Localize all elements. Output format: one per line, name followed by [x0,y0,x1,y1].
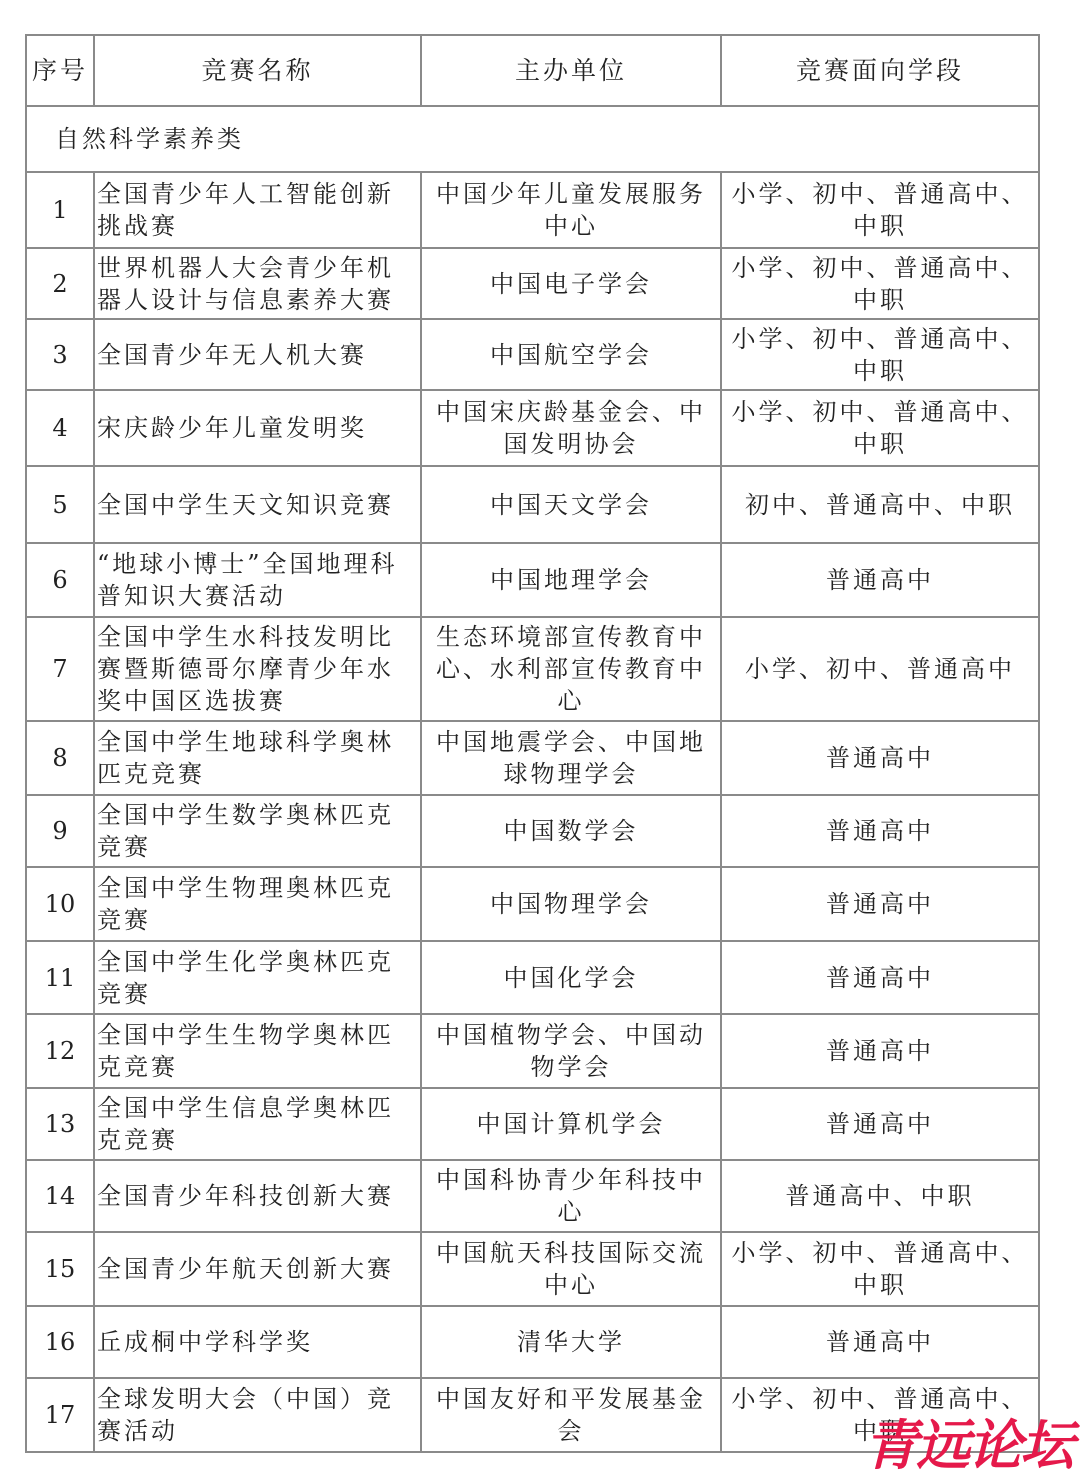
table-row: 4宋庆龄少年儿童发明奖中国宋庆龄基金会、中国发明协会小学、初中、普通高中、中职 [26,390,1039,466]
organizer: 中国物理学会 [421,867,721,941]
target-level: 小学、初中、普通高中、中职 [721,1232,1039,1306]
competition-name: 全国中学生天文知识竞赛 [94,466,421,543]
table-row: 15全国青少年航天创新大赛中国航天科技国际交流中心小学、初中、普通高中、中职 [26,1232,1039,1306]
target-level: 小学、初中、普通高中、中职 [721,172,1039,248]
competition-name: 全国中学生地球科学奥林匹克竞赛 [94,721,421,795]
competition-name: 丘成桐中学科学奖 [94,1306,421,1378]
target-level: 普通高中、中职 [721,1160,1039,1232]
competition-name: 宋庆龄少年儿童发明奖 [94,390,421,466]
target-level: 小学、初中、普通高中 [721,617,1039,721]
organizer: 中国数学会 [421,795,721,867]
table-row: 5全国中学生天文知识竞赛中国天文学会初中、普通高中、中职 [26,466,1039,543]
organizer: 中国航空学会 [421,319,721,390]
row-number: 7 [26,617,94,721]
table-row: 16丘成桐中学科学奖清华大学普通高中 [26,1306,1039,1378]
organizer: 中国电子学会 [421,248,721,319]
row-number: 15 [26,1232,94,1306]
organizer: 中国友好和平发展基金会 [421,1378,721,1452]
table-row: 9全国中学生数学奥林匹克竞赛中国数学会普通高中 [26,795,1039,867]
target-level: 初中、普通高中、中职 [721,466,1039,543]
table-row: 11全国中学生化学奥林匹克竞赛中国化学会普通高中 [26,941,1039,1014]
row-number: 9 [26,795,94,867]
row-number: 17 [26,1378,94,1452]
organizer: 中国天文学会 [421,466,721,543]
row-number: 8 [26,721,94,795]
table-row: 8全国中学生地球科学奥林匹克竞赛中国地震学会、中国地球物理学会普通高中 [26,721,1039,795]
target-level: 小学、初中、普通高中、中职 [721,390,1039,466]
organizer: 中国航天科技国际交流中心 [421,1232,721,1306]
competition-name: 全国中学生数学奥林匹克竞赛 [94,795,421,867]
organizer: 清华大学 [421,1306,721,1378]
competition-name: 全国青少年科技创新大赛 [94,1160,421,1232]
target-level: 普通高中 [721,795,1039,867]
table-row: 3全国青少年无人机大赛中国航空学会小学、初中、普通高中、中职 [26,319,1039,390]
table-row: 2世界机器人大会青少年机器人设计与信息素养大赛中国电子学会小学、初中、普通高中、… [26,248,1039,319]
table-row: 6“地球小博士”全国地理科普知识大赛活动中国地理学会普通高中 [26,543,1039,617]
competition-name: 全球发明大会（中国）竞赛活动 [94,1378,421,1452]
row-number: 14 [26,1160,94,1232]
organizer: 中国计算机学会 [421,1088,721,1160]
organizer: 中国地理学会 [421,543,721,617]
row-number: 1 [26,172,94,248]
organizer: 中国科协青少年科技中心 [421,1160,721,1232]
category-label: 自然科学素养类 [26,106,1039,172]
competition-table: 序号 竞赛名称 主办单位 竞赛面向学段 自然科学素养类 1全国青少年人工智能创新… [25,34,1040,1453]
competition-name: 全国中学生化学奥林匹克竞赛 [94,941,421,1014]
table-row: 12全国中学生生物学奥林匹克竞赛中国植物学会、中国动物学会普通高中 [26,1014,1039,1088]
target-level: 普通高中 [721,1014,1039,1088]
target-level: 小学、初中、普通高中、中职 [721,248,1039,319]
row-number: 5 [26,466,94,543]
row-number: 4 [26,390,94,466]
row-number: 11 [26,941,94,1014]
target-level: 普通高中 [721,721,1039,795]
target-level: 小学、初中、普通高中、中职 [721,319,1039,390]
row-number: 16 [26,1306,94,1378]
competition-name: 全国青少年人工智能创新挑战赛 [94,172,421,248]
table-row: 7全国中学生水科技发明比赛暨斯德哥尔摩青少年水奖中国区选拔赛生态环境部宣传教育中… [26,617,1039,721]
competition-name: 全国青少年航天创新大赛 [94,1232,421,1306]
organizer: 生态环境部宣传教育中心、水利部宣传教育中心 [421,617,721,721]
target-level: 普通高中 [721,941,1039,1014]
table-row: 10全国中学生物理奥林匹克竞赛中国物理学会普通高中 [26,867,1039,941]
organizer: 中国化学会 [421,941,721,1014]
forum-watermark-logo: 青远论坛 [864,1416,1072,1476]
row-number: 3 [26,319,94,390]
row-number: 12 [26,1014,94,1088]
organizer: 中国少年儿童发展服务中心 [421,172,721,248]
target-level: 普通高中 [721,543,1039,617]
target-level: 普通高中 [721,1088,1039,1160]
table-row: 14全国青少年科技创新大赛中国科协青少年科技中心普通高中、中职 [26,1160,1039,1232]
competition-name: 全国中学生信息学奥林匹克竞赛 [94,1088,421,1160]
category-row: 自然科学素养类 [26,106,1039,172]
target-level: 普通高中 [721,867,1039,941]
competition-name: “地球小博士”全国地理科普知识大赛活动 [94,543,421,617]
header-row: 序号 竞赛名称 主办单位 竞赛面向学段 [26,35,1039,106]
table-row: 13全国中学生信息学奥林匹克竞赛中国计算机学会普通高中 [26,1088,1039,1160]
competition-name: 全国中学生水科技发明比赛暨斯德哥尔摩青少年水奖中国区选拔赛 [94,617,421,721]
table-row: 1全国青少年人工智能创新挑战赛中国少年儿童发展服务中心小学、初中、普通高中、中职 [26,172,1039,248]
row-number: 2 [26,248,94,319]
header-org: 主办单位 [421,35,721,106]
competition-name: 全国中学生生物学奥林匹克竞赛 [94,1014,421,1088]
competition-name: 全国青少年无人机大赛 [94,319,421,390]
row-number: 13 [26,1088,94,1160]
organizer: 中国植物学会、中国动物学会 [421,1014,721,1088]
target-level: 普通高中 [721,1306,1039,1378]
header-no: 序号 [26,35,94,106]
row-number: 10 [26,867,94,941]
row-number: 6 [26,543,94,617]
competition-name: 世界机器人大会青少年机器人设计与信息素养大赛 [94,248,421,319]
organizer: 中国地震学会、中国地球物理学会 [421,721,721,795]
competition-name: 全国中学生物理奥林匹克竞赛 [94,867,421,941]
header-name: 竞赛名称 [94,35,421,106]
organizer: 中国宋庆龄基金会、中国发明协会 [421,390,721,466]
header-level: 竞赛面向学段 [721,35,1039,106]
